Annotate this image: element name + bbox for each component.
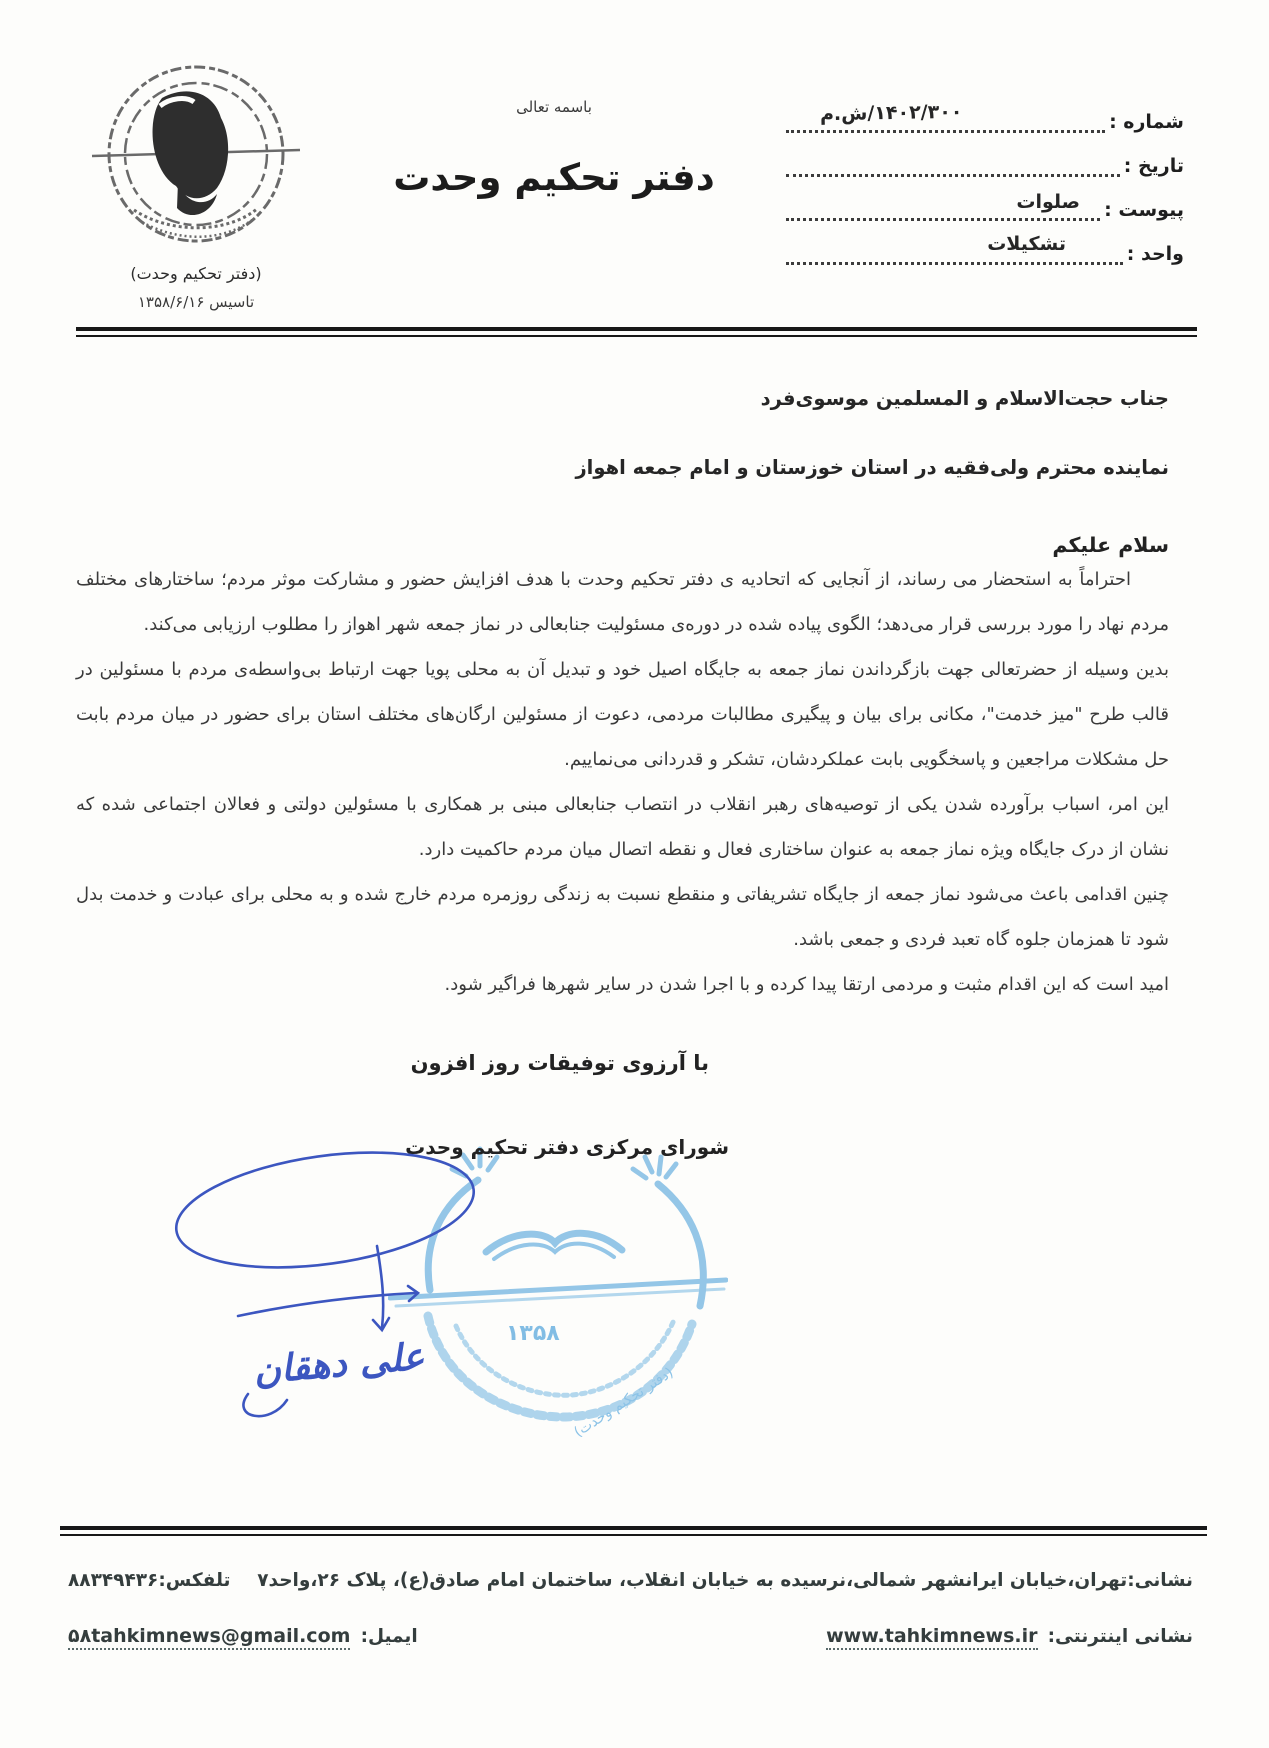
organization-title: دفتر تحکیم وحدت <box>322 156 786 199</box>
letter-paragraph: چنین اقدامی باعث می‌شود نماز جمعه از جای… <box>76 872 1169 962</box>
logo-founded-date: تاسیس ۱۳۵۸/۶/۱۶ <box>70 293 322 311</box>
address-label: نشانی: <box>1127 1570 1193 1591</box>
footer-divider <box>60 1526 1207 1536</box>
addressee-title: نماینده محترم ولی‌فقیه در استان خوزستان … <box>76 456 1169 479</box>
footer: نشانی:تهران،خیابان ایرانشهر شمالی،نرسیده… <box>60 1526 1207 1647</box>
letter-paragraph: بدین وسیله از حضرتعالی جهت بازگرداندن نم… <box>76 647 1169 782</box>
signature-flourish <box>243 1394 287 1416</box>
field-attachment-value: صلوات <box>1016 191 1080 213</box>
letter-body: جناب حجت‌الاسلام و المسلمین موسوی‌فرد نم… <box>0 387 1269 1007</box>
website-link[interactable]: www.tahkimnews.ir <box>826 1625 1037 1650</box>
field-date: تاریخ : <box>786 150 1184 177</box>
address-value: تهران،خیابان ایرانشهر شمالی،نرسیده به خی… <box>257 1570 1127 1591</box>
bismillah-text: باسمه تعالی <box>322 98 786 116</box>
salutation: سلام علیکم <box>76 533 1169 557</box>
field-date-label: تاریخ : <box>1124 155 1184 177</box>
dotted-line <box>786 247 1123 265</box>
logo-block: (دفتر تحکیم وحدت) تاسیس ۱۳۵۸/۶/۱۶ <box>70 60 322 311</box>
field-number-label: شماره : <box>1109 111 1184 133</box>
logo-caption: (دفتر تحکیم وحدت) <box>70 264 322 283</box>
addressee-name: جناب حجت‌الاسلام و المسلمین موسوی‌فرد <box>76 387 1169 410</box>
field-attachment-label: پیوست : <box>1104 199 1184 221</box>
signature-name: علی دهقان <box>252 1335 426 1393</box>
field-unit: واحد : تشکیلات <box>786 238 1184 265</box>
website-text: نشانی اینترنتی: www.tahkimnews.ir <box>826 1625 1193 1647</box>
field-unit-label: واحد : <box>1127 243 1184 265</box>
field-unit-value: تشکیلات <box>987 233 1066 255</box>
telefax-label: تلفکس: <box>158 1570 230 1591</box>
address-text: نشانی:تهران،خیابان ایرانشهر شمالی،نرسیده… <box>257 1570 1193 1591</box>
footer-row-contact: نشانی اینترنتی: www.tahkimnews.ir ایمیل:… <box>60 1625 1207 1647</box>
pen-oval <box>169 1136 481 1330</box>
header-center: باسمه تعالی دفتر تحکیم وحدت <box>322 64 786 199</box>
letterhead: شماره : ۱۴۰۲/۳۰۰/ش.م تاریخ : پیوست : صلو… <box>0 0 1269 311</box>
org-logo-icon <box>90 60 302 258</box>
letter-paragraph: احتراماً به استحضار می رساند، از آنجایی … <box>76 557 1169 647</box>
email-label: ایمیل: <box>361 1626 418 1647</box>
field-number-value: ۱۴۰۲/۳۰۰/ش.م <box>820 101 963 125</box>
email-link[interactable]: ۵۸tahkimnews@gmail.com <box>68 1625 350 1650</box>
letter-paragraph: امید است که این اقدام مثبت و مردمی ارتقا… <box>76 962 1169 1007</box>
reference-fields: شماره : ۱۴۰۲/۳۰۰/ش.م تاریخ : پیوست : صلو… <box>786 64 1184 282</box>
field-number: شماره : ۱۴۰۲/۳۰۰/ش.م <box>786 106 1184 133</box>
telefax-text: تلفکس:۸۸۳۴۹۴۳۶ <box>68 1570 230 1591</box>
letter-page: شماره : ۱۴۰۲/۳۰۰/ش.م تاریخ : پیوست : صلو… <box>0 0 1269 1748</box>
dotted-line <box>786 159 1120 177</box>
field-attachment: پیوست : صلوات <box>786 194 1184 221</box>
letter-paragraph: این امر، اسباب برآورده شدن یکی از توصیه‌… <box>76 782 1169 872</box>
footer-row-address: نشانی:تهران،خیابان ایرانشهر شمالی،نرسیده… <box>60 1570 1207 1591</box>
header-divider <box>76 327 1197 337</box>
email-text: ایمیل: ۵۸tahkimnews@gmail.com <box>68 1625 418 1647</box>
telefax-value: ۸۸۳۴۹۴۳۶ <box>68 1570 158 1591</box>
signature-block: علی دهقان <box>130 1126 720 1446</box>
website-label: نشانی اینترنتی: <box>1048 1626 1193 1647</box>
closing-wish: با آرزوی توفیقات روز افزون <box>411 1051 709 1075</box>
